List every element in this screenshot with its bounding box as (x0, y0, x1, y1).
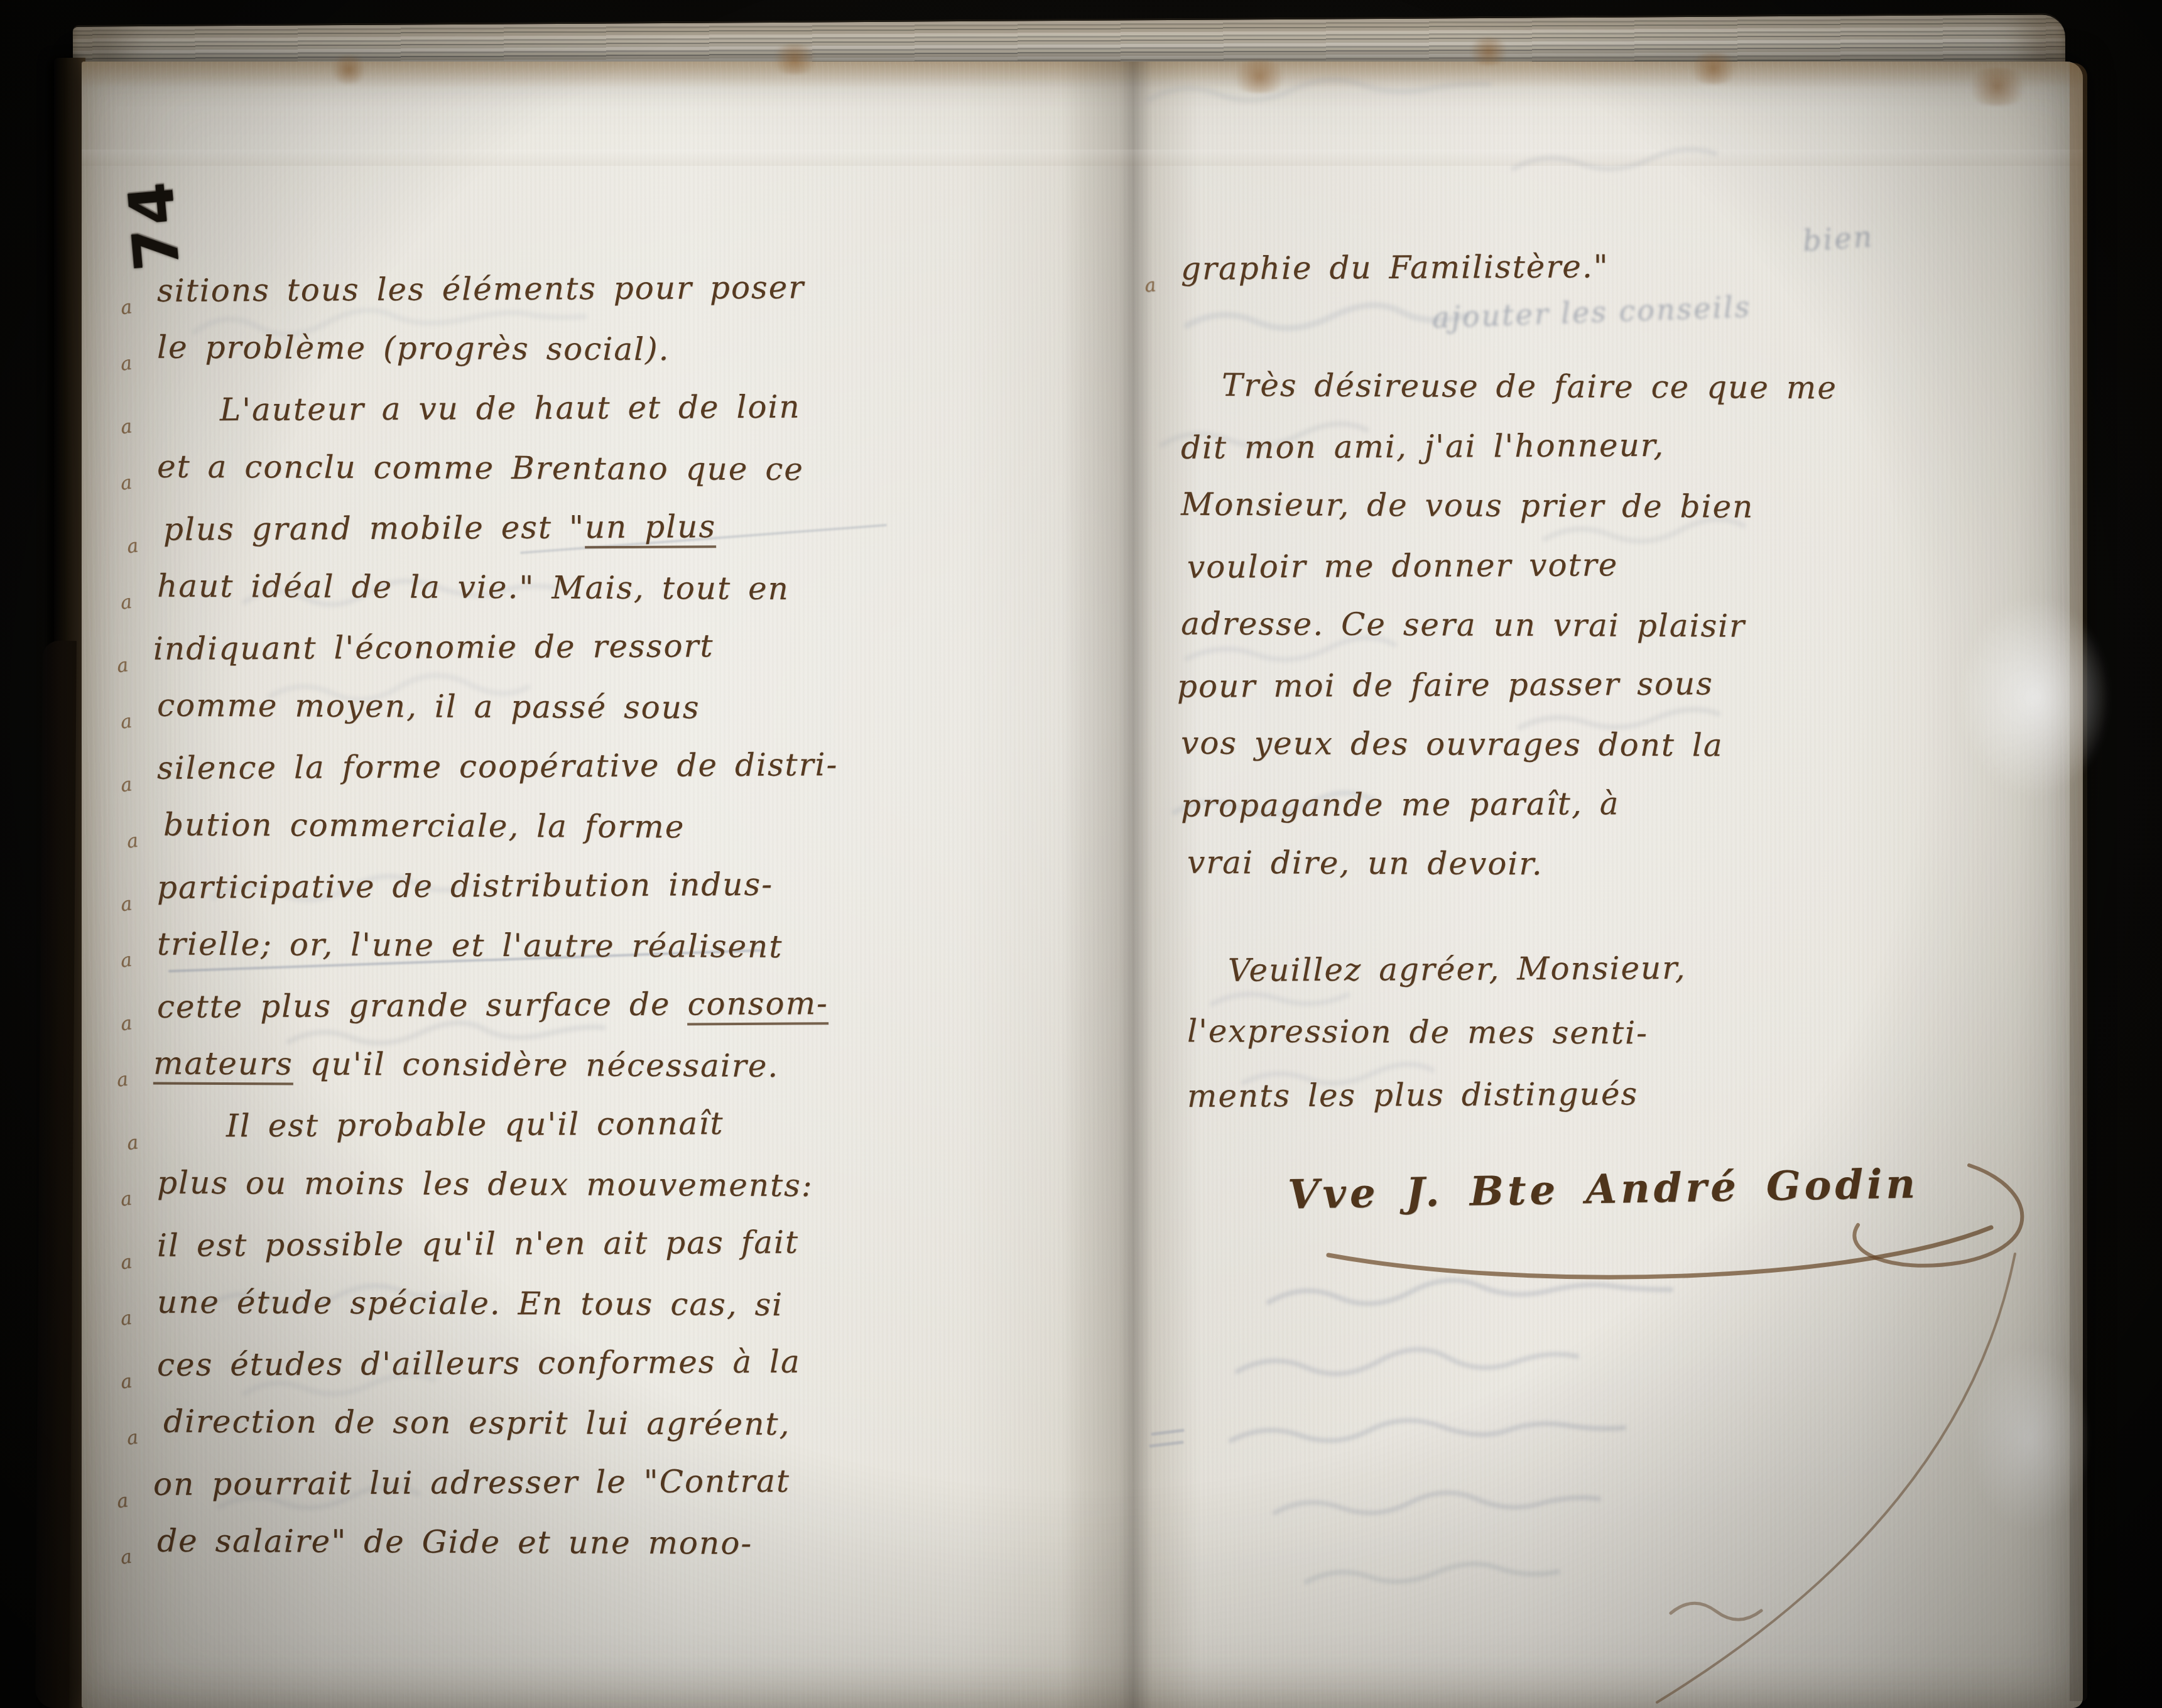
right-page-edge (2070, 63, 2087, 1701)
margin-mark: a (117, 1169, 138, 1230)
text-line: ale problème (progrès social). (157, 318, 839, 381)
margin-mark: a (116, 874, 137, 935)
text-line: aune étude spéciale. En tous cas, si (157, 1273, 839, 1335)
margin-mark: a (117, 1527, 138, 1588)
text-line: ade salaire" de Gide et une mono- (157, 1511, 839, 1574)
text-line: dit mon ami, j'ai l'honneur, (1181, 415, 1837, 477)
margin-mark: a (113, 1050, 134, 1111)
text-line: asilence la forme coopérative de distri- (157, 735, 839, 798)
text-line: ail est possible qu'il n'en ait pas fait (157, 1212, 839, 1276)
text-line: acette plus grande surface de consom- (157, 974, 839, 1037)
text-line: aplus ou moins les deux mouvements: (157, 1153, 839, 1216)
open-spread: 74 bien ajouter les conseils asitions to… (82, 62, 2083, 1708)
margin-mark: a (117, 453, 138, 514)
text-line: aon pourrait lui adresser le "Contrat (153, 1451, 839, 1515)
left-page-text: asitions tous les éléments pour poserale… (157, 259, 838, 1572)
manuscript-photo: 74 bien ajouter les conseils asitions to… (0, 0, 2162, 1708)
text-line: asitions tous les éléments pour poser (157, 258, 839, 321)
text-line: aIl est probable qu'il connaît (163, 1093, 839, 1156)
text-line: amateurs qu'il considère nécessaire. (153, 1034, 839, 1097)
text-line: atrielle; or, l'une et l'autre réalisent (157, 915, 839, 977)
margin-mark: a (116, 754, 137, 815)
top-edge-tint (82, 62, 2083, 88)
text-line: propagande me paraît, à (1181, 773, 1837, 835)
margin-mark: a (116, 1351, 137, 1412)
margin-mark: a (116, 396, 137, 457)
margin-mark: a (117, 1288, 138, 1349)
text-line: aL'auteur a vu de haut et de loin (157, 377, 839, 440)
margin-mark: a (117, 572, 138, 633)
margin-mark: a (122, 516, 143, 577)
text-line: aplus grand mobile est "un plus (163, 496, 839, 560)
text-line: agraphie du Familistère." (1181, 236, 1837, 298)
fold-crease (82, 150, 2083, 166)
text-line: adirection de son esprit lui agréent, (163, 1392, 839, 1455)
text-line: vrai dire, un devoir. (1187, 833, 1837, 896)
margin-mark: a (116, 993, 137, 1054)
text-line: aparticipative de distribution indus- (157, 854, 839, 918)
text-line: vouloir me donner votre (1187, 534, 1837, 597)
right-page-text: agraphie du Familistère."Très désireuse … (1181, 237, 1837, 894)
letter-closing: Veuillez agréer, Monsieur,l'expression d… (1187, 938, 1686, 1126)
text-line: aindiquant l'économie de ressort (153, 616, 839, 679)
text-line: ahaut idéal de la vie." Mais, tout en (157, 557, 839, 619)
text-line: aces études d'ailleurs conformes à la (157, 1332, 839, 1395)
margin-mark: a (1140, 255, 1161, 316)
margin-mark: a (112, 635, 133, 696)
margin-mark: a (122, 1112, 143, 1173)
margin-mark: a (117, 334, 138, 394)
margin-mark: a (123, 811, 144, 872)
text-line: Veuillez agréer, Monsieur, (1187, 937, 1687, 1002)
margin-mark: a (117, 692, 138, 753)
text-line: Monsieur, de vous prier de bien (1181, 475, 1837, 538)
gutter-shadow (1062, 62, 1200, 1708)
text-line: vos yeux des ouvrages dont la (1181, 714, 1837, 776)
text-line: adresse. Ce sera un vrai plaisir (1181, 594, 1837, 657)
margin-mark: a (117, 930, 138, 991)
text-line: pour moi de faire passer sous (1177, 653, 1837, 717)
text-line: l'expression de mes senti- (1187, 999, 1687, 1064)
text-line: ments les plus distingués (1187, 1062, 1687, 1128)
text-line: acomme moyen, il a passé sous (157, 676, 839, 739)
margin-mark: a (116, 1232, 137, 1293)
margin-mark: a (123, 1408, 144, 1469)
text-line: aet a conclu comme Brentano que ce (157, 437, 839, 500)
text-line: Très désireuse de faire ce que me (1181, 356, 1837, 418)
margin-mark: a (112, 1471, 133, 1531)
text-line: abution commerciale, la forme (163, 795, 839, 858)
signature: Vve J. Bte André Godin (1287, 1160, 1919, 1219)
